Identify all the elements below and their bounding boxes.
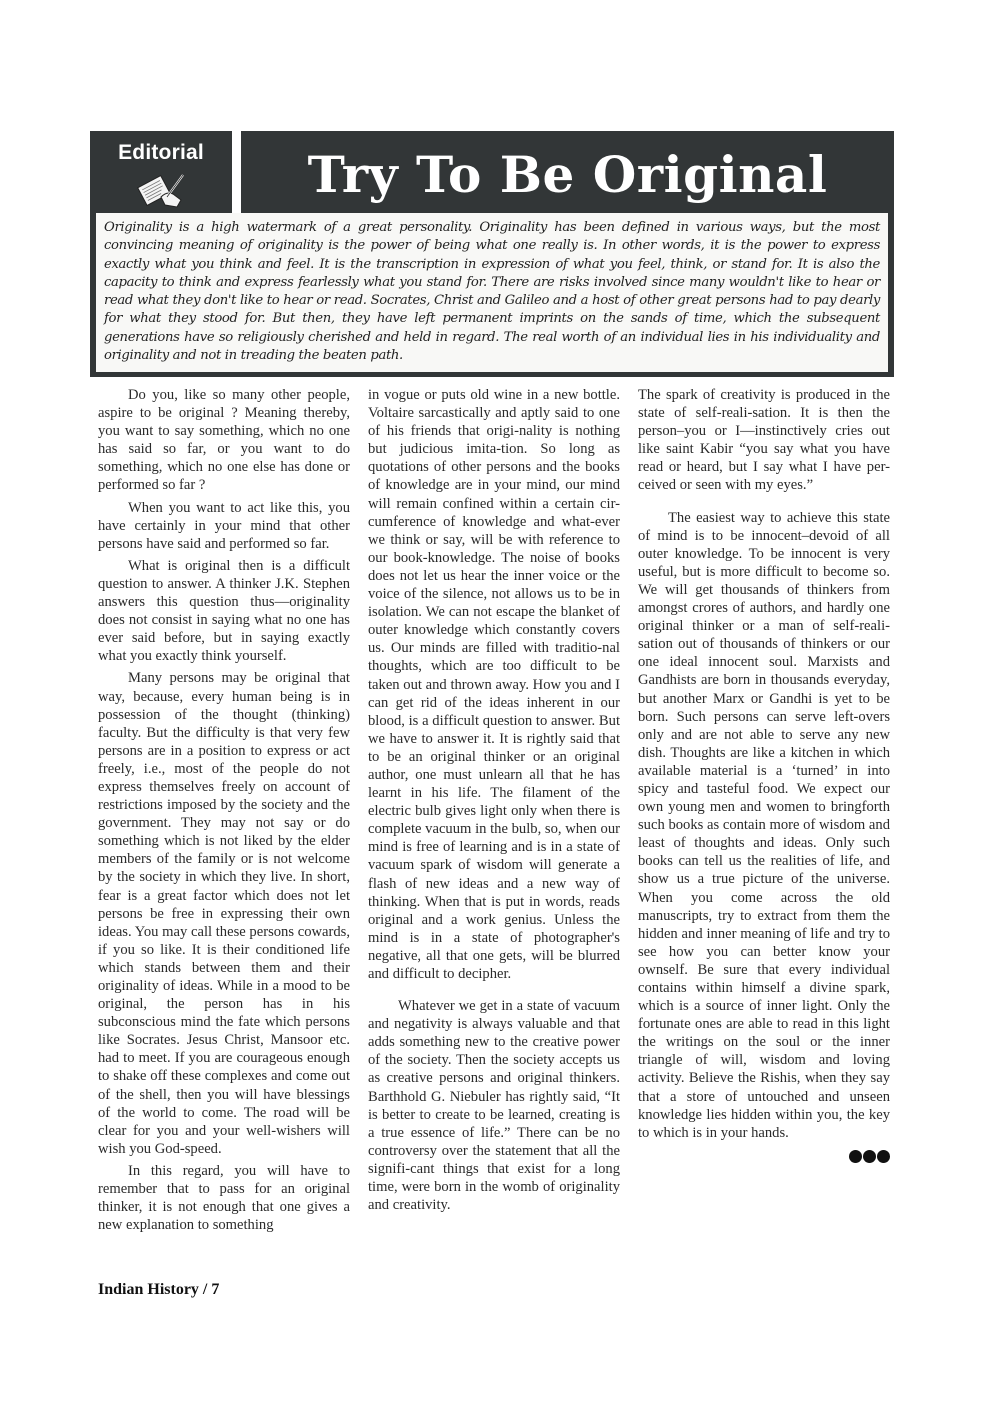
paragraph: Many persons may be original that way, b…	[98, 669, 350, 1158]
end-dot-icon	[877, 1150, 890, 1163]
abstract-text: Originality is a high watermark of a gre…	[104, 219, 880, 365]
column-3: The spark of creativity is produced in t…	[638, 386, 890, 1163]
paragraph: What is original then is a difficult que…	[98, 557, 350, 666]
abstract-panel: Originality is a high watermark of a gre…	[96, 213, 888, 372]
paragraph: Whatever we get in a state of vacuum and…	[368, 997, 620, 1214]
paragraph: When you want to act like this, you have…	[98, 499, 350, 553]
end-dot-icon	[863, 1150, 876, 1163]
paragraph: Do you, like so many other people, aspir…	[98, 386, 350, 495]
title-banner: Try To Be Original	[241, 131, 894, 215]
end-of-article-mark	[638, 1150, 890, 1163]
column-2: in vogue or puts old wine in a new bottl…	[368, 386, 620, 1218]
paragraph: The spark of creativity is produced in t…	[638, 386, 890, 495]
page-title: Try To Be Original	[308, 145, 828, 204]
section-label: Editorial	[90, 141, 232, 165]
page-footer: Indian History / 7	[98, 1281, 219, 1299]
end-dot-icon	[849, 1150, 862, 1163]
paragraph: In this regard, you will have to remembe…	[98, 1162, 350, 1234]
paragraph: The easiest way to achieve this state of…	[638, 509, 890, 1142]
paragraph: in vogue or puts old wine in a new bottl…	[368, 386, 620, 983]
column-1: Do you, like so many other people, aspir…	[98, 386, 350, 1238]
article-body: Do you, like so many other people, aspir…	[98, 386, 890, 1266]
editorial-section-badge: Editorial	[90, 131, 232, 215]
abstract-frame: Originality is a high watermark of a gre…	[90, 213, 894, 377]
writing-hand-icon	[131, 167, 191, 211]
